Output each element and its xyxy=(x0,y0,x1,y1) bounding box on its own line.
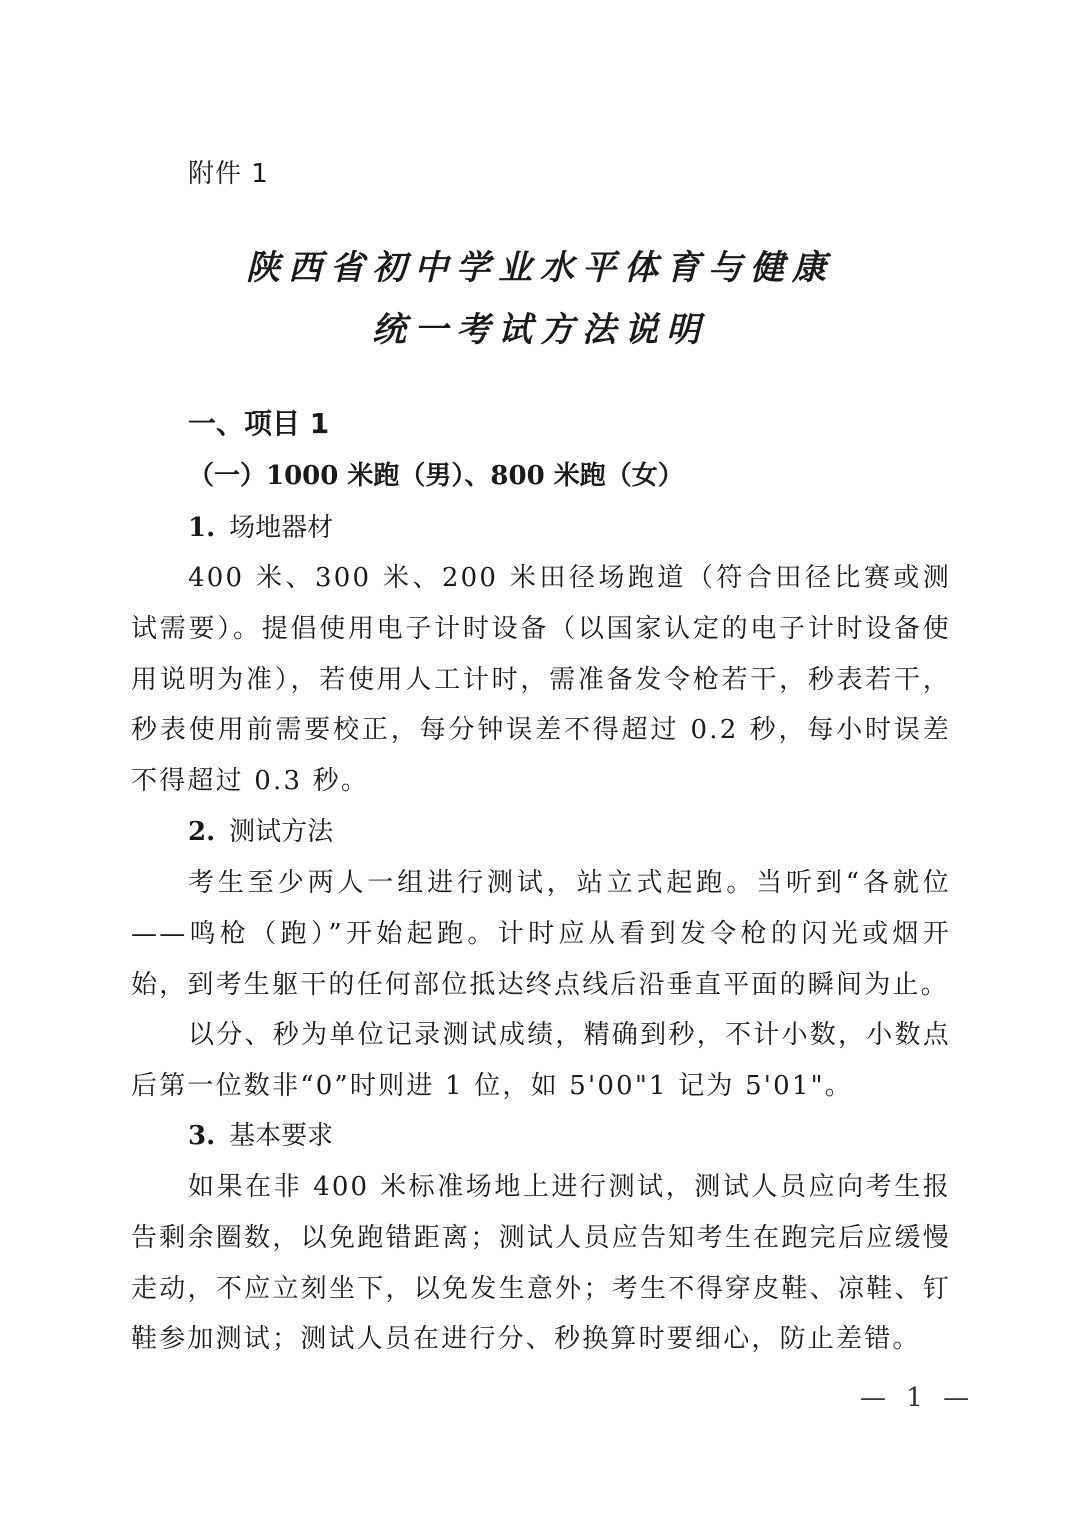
item-heading-basic-requirements: 3.基本要求 xyxy=(188,1116,333,1156)
document-title-line-2: 统一考试方法说明 xyxy=(0,306,1080,354)
attachment-label: 附件 1 xyxy=(188,154,269,194)
item-title: 基本要求 xyxy=(229,1121,333,1151)
page-number: — 1 — xyxy=(860,1380,975,1416)
paragraph-test-method: 考生至少两人一组进行测试，站立式起跑。当听到“各就位——鸣枪（跑）”开始起跑。计… xyxy=(131,858,951,1010)
document-title-line-1: 陕西省初中学业水平体育与健康 xyxy=(0,244,1080,292)
item-number: 2. xyxy=(188,817,215,847)
item-heading-venue-equipment: 1.场地器材 xyxy=(188,508,333,548)
paragraph-scoring: 以分、秒为单位记录测试成绩，精确到秒，不计小数，小数点后第一位数非“0”时则进 … xyxy=(131,1010,951,1112)
item-title: 测试方法 xyxy=(229,817,333,847)
item-heading-test-method: 2.测试方法 xyxy=(188,812,333,852)
item-number: 3. xyxy=(188,1121,215,1151)
subsection-heading: （一）1000 米跑（男）、800 米跑（女） xyxy=(188,456,684,496)
item-title: 场地器材 xyxy=(229,513,333,543)
item-number: 1. xyxy=(188,513,215,543)
document-page: 附件 1 陕西省初中学业水平体育与健康 统一考试方法说明 一、项目 1 （一）1… xyxy=(0,0,1080,1528)
paragraph-basic-requirements: 如果在非 400 米标准场地上进行测试，测试人员应向考生报告剩余圈数，以免跑错距… xyxy=(131,1162,951,1365)
paragraph-venue-equipment: 400 米、300 米、200 米田径场跑道（符合田径比赛或测试需要）。提倡使用… xyxy=(131,553,951,807)
section-heading: 一、项目 1 xyxy=(188,404,329,444)
